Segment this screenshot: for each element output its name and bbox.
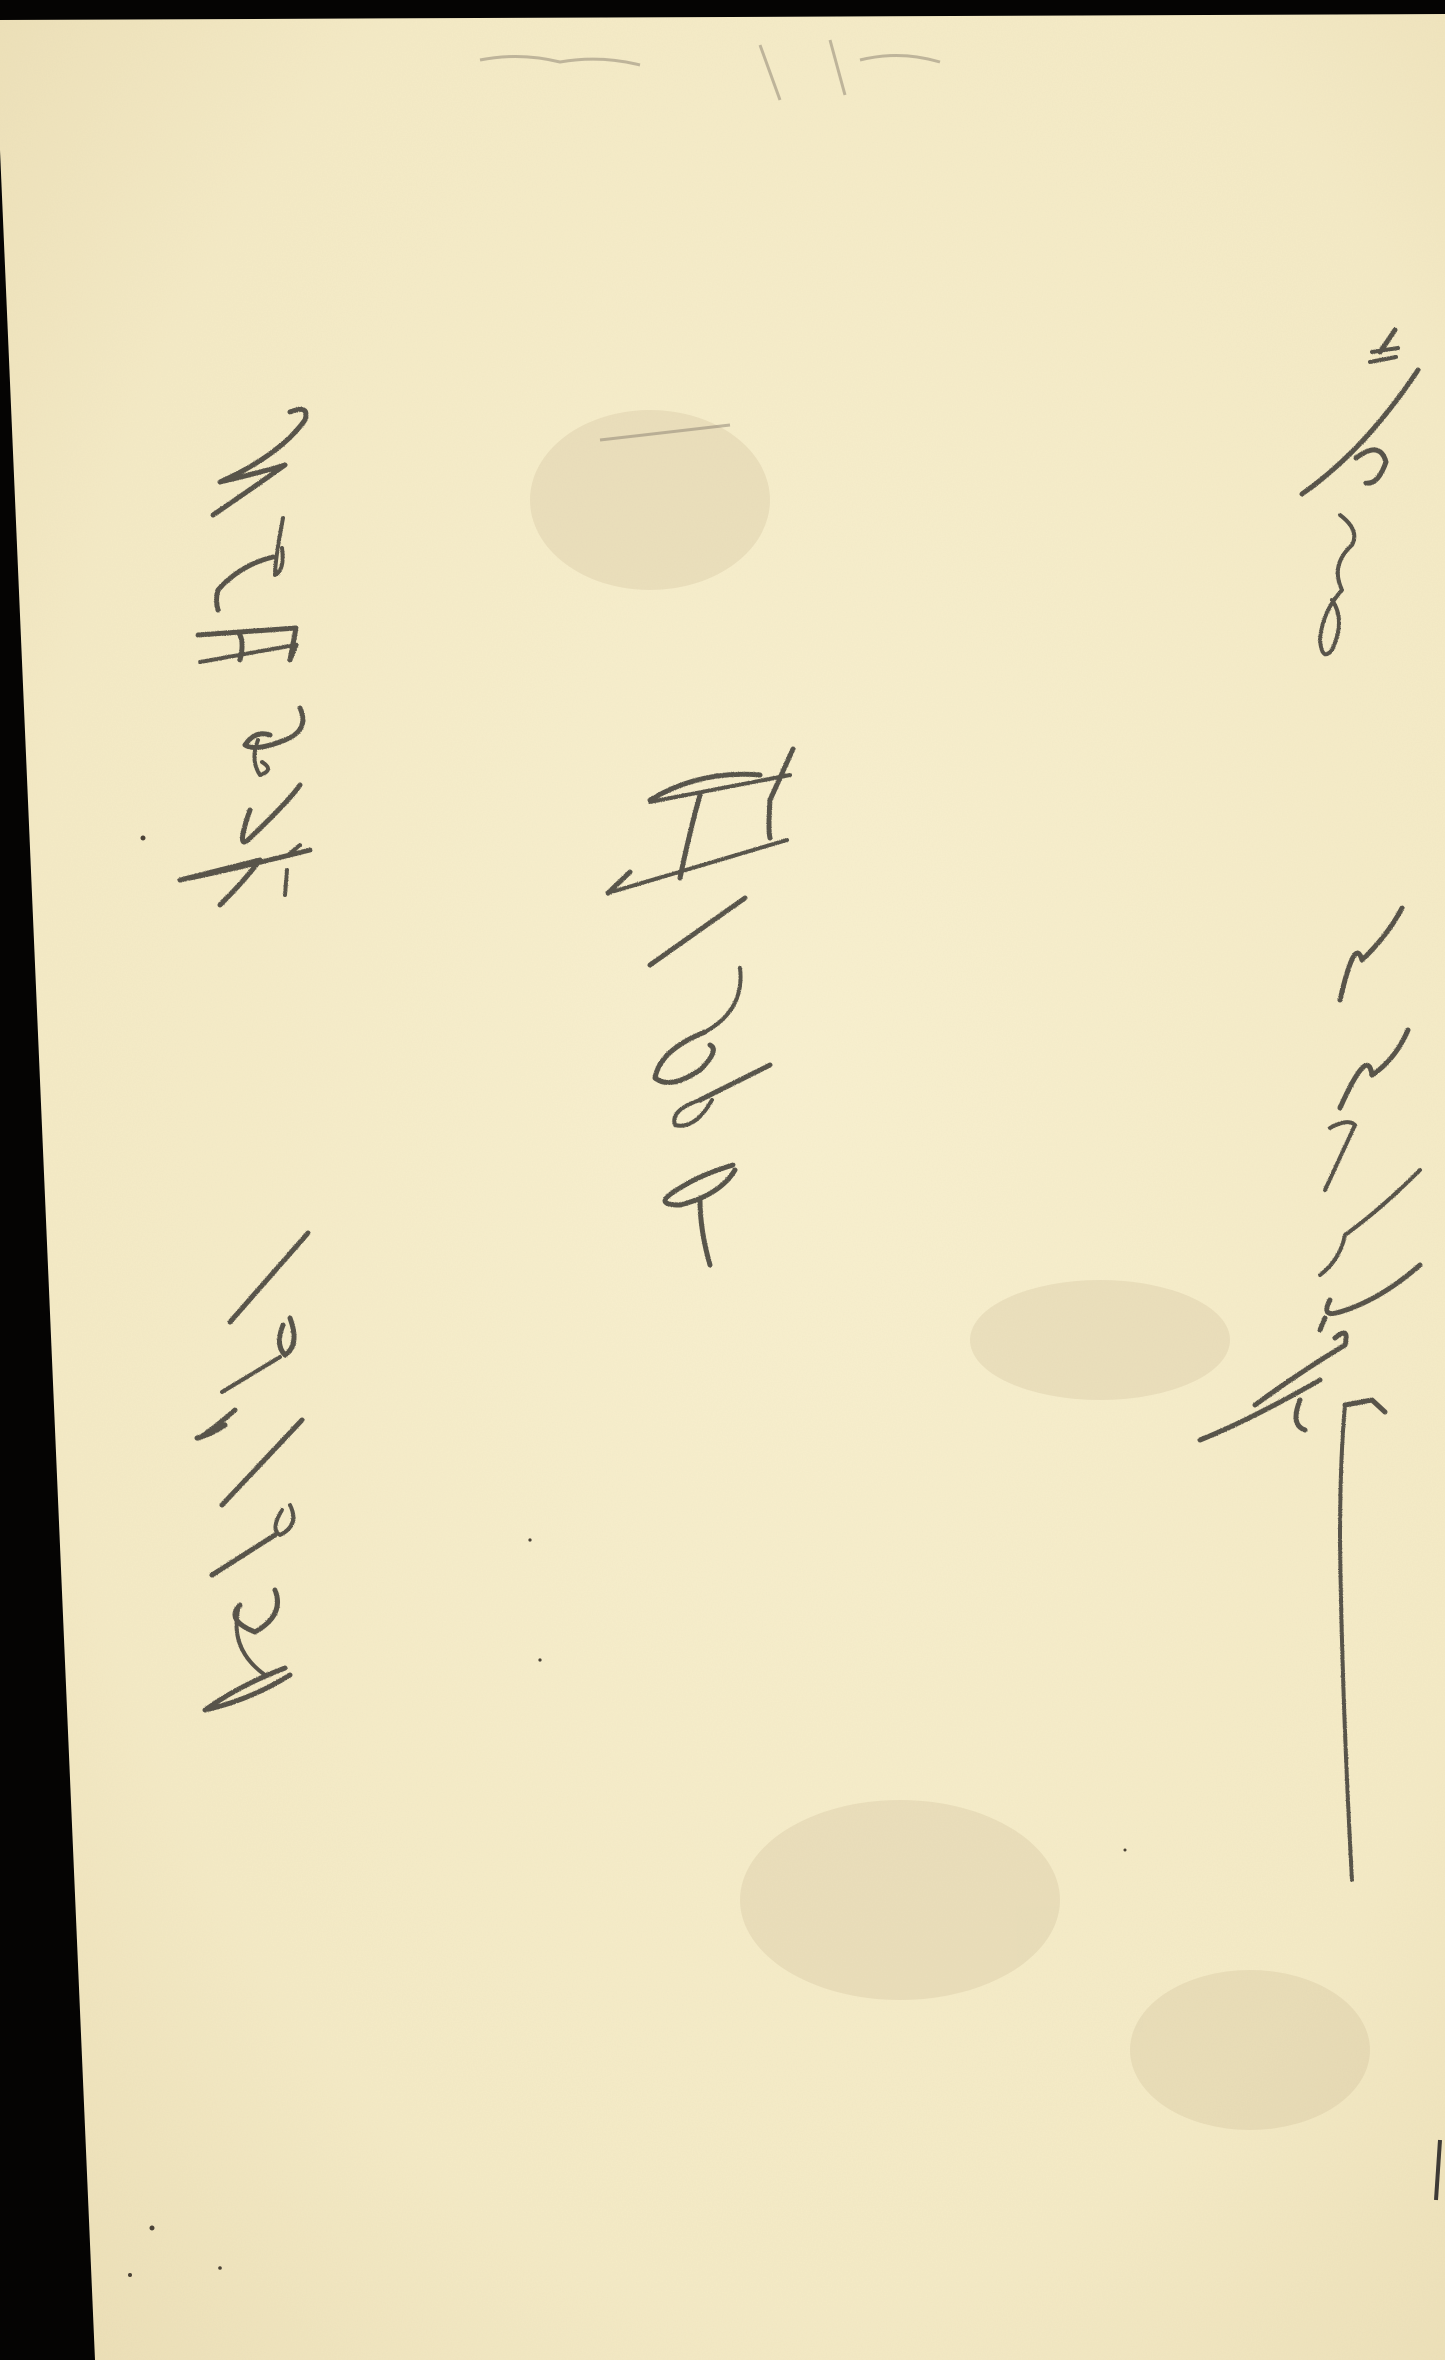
scanned-page	[0, 0, 1445, 2360]
